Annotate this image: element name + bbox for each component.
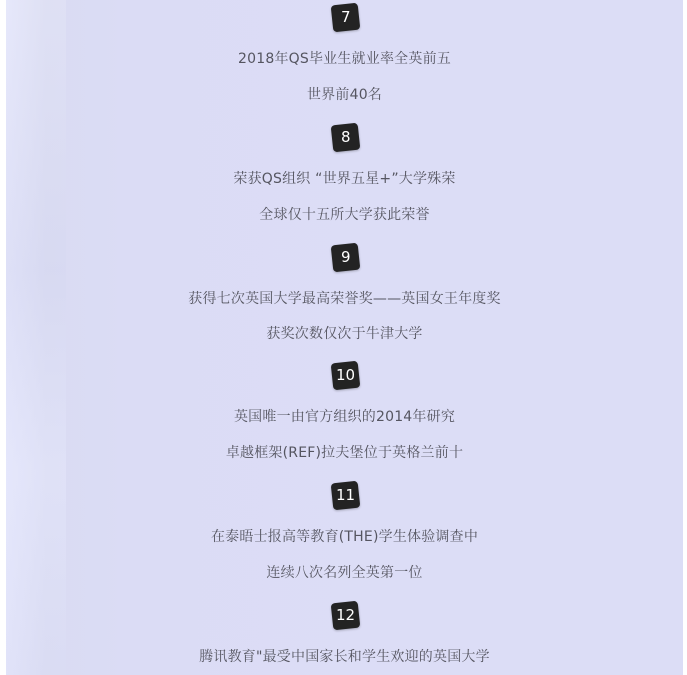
- item-11-line-2: 连续八次名列全英第一位: [6, 564, 683, 582]
- badge-number: 7: [340, 4, 350, 31]
- number-badge-12: 12: [330, 601, 360, 631]
- badge-number: 10: [335, 362, 354, 389]
- item-10-line-2: 卓越框架(REF)拉夫堡位于英格兰前十: [6, 444, 683, 462]
- item-9-line-2: 获奖次数仅次于牛津大学: [6, 325, 683, 343]
- item-11-line-1: 在泰晤士报高等教育(THE)学生体验调查中: [6, 528, 683, 546]
- item-12-line-1: 腾讯教育"最受中国家长和学生欢迎的英国大学: [6, 648, 683, 666]
- number-badge-10: 10: [330, 361, 360, 391]
- badge-number: 12: [335, 602, 354, 629]
- item-9-line-1: 获得七次英国大学最高荣誉奖——英国女王年度奖: [6, 290, 683, 308]
- number-badge-8: 8: [330, 123, 360, 153]
- badge-number: 9: [340, 244, 350, 271]
- item-8-line-1: 荣获QS组织 “世界五星+”大学殊荣: [6, 170, 683, 188]
- item-7-line-1: 2018年QS毕业生就业率全英前五: [6, 50, 683, 68]
- rankings-panel: 7 2018年QS毕业生就业率全英前五 世界前40名 8 荣获QS组织 “世界五…: [6, 0, 683, 675]
- number-badge-11: 11: [330, 481, 360, 511]
- badge-number: 11: [335, 482, 354, 509]
- item-8-line-2: 全球仅十五所大学获此荣誉: [6, 206, 683, 224]
- badge-number: 8: [340, 124, 350, 151]
- number-badge-7: 7: [330, 3, 360, 33]
- number-badge-9: 9: [330, 243, 360, 273]
- item-10-line-1: 英国唯一由官方组织的2014年研究: [6, 408, 683, 426]
- item-7-line-2: 世界前40名: [6, 86, 683, 104]
